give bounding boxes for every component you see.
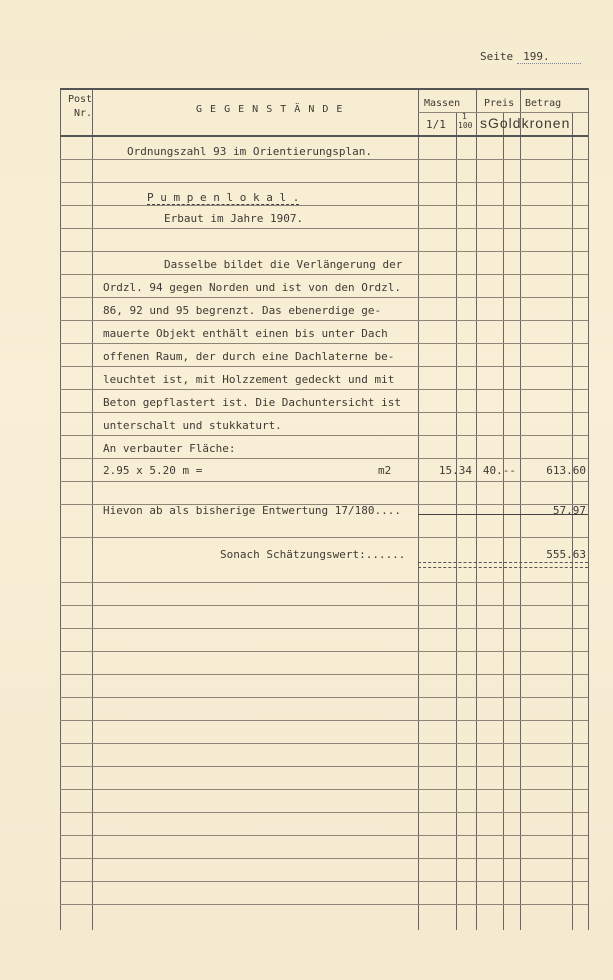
desc-line: leuchtet ist, mit Holzzement gedeckt und…: [103, 373, 394, 386]
desc-line: unterschalt und stukkaturt.: [103, 419, 282, 432]
deduction-label: Hievon ab als bisherige Entwertung 17/18…: [103, 504, 401, 517]
header-preis: Preis: [484, 98, 514, 109]
header-sub-line: [418, 112, 588, 113]
area-unit: m2: [378, 464, 391, 477]
header-massen-1-1: 1/1: [426, 118, 446, 131]
header-massen: Massen: [424, 98, 460, 109]
desc-line: Dasselbe bildet die Verlängerung der: [164, 258, 402, 271]
page-value: 199.: [517, 50, 581, 64]
header-bottom: [60, 135, 588, 137]
header-post: Post: [68, 94, 92, 105]
col-divider-post: [92, 88, 93, 930]
header-gegenstaende: G E G E N S T Ä N D E: [196, 104, 343, 115]
price-value: 40.--: [476, 464, 516, 477]
building-title: P u m p e n l o k a l .: [147, 191, 299, 205]
col-divider-massen-end: [476, 88, 477, 930]
desc-line: mauerte Objekt enthält einen bis unter D…: [103, 327, 388, 340]
col-divider-preis: [503, 112, 504, 930]
amount-value: 613.60: [520, 464, 586, 477]
table-top: [60, 88, 588, 90]
area-label: An verbauter Fläche:: [103, 442, 235, 455]
header-betrag: Betrag: [525, 98, 561, 109]
estimate-value: 555.63: [520, 548, 586, 561]
desc-line: Beton gepflastert ist. Die Dachuntersich…: [103, 396, 401, 409]
mass-value: 15.34: [418, 464, 472, 477]
desc-line: 86, 92 und 95 begrenzt. Das ebenerdige g…: [103, 304, 381, 317]
desc-line: offenen Raum, der durch eine Dachlaterne…: [103, 350, 394, 363]
built-year: Erbaut im Jahre 1907.: [164, 212, 303, 225]
estimate-label: Sonach Schätzungswert:......: [220, 548, 405, 561]
border-left: [60, 88, 61, 930]
page-number: Seite199.: [480, 50, 581, 64]
header-massen-1-100-den: 100: [458, 121, 472, 130]
desc-line: Ordzl. 94 gegen Norden und ist von den O…: [103, 281, 401, 294]
page-label: Seite: [480, 50, 513, 63]
ordnungszahl-line: Ordnungszahl 93 im Orientierungsplan.: [127, 145, 372, 158]
header-nr: Nr.: [74, 108, 92, 119]
col-divider-betrag: [572, 112, 573, 930]
deduction-value: 57.97: [520, 504, 586, 517]
header-currency-units: sGoldkronen: [480, 115, 570, 131]
area-calc: 2.95 x 5.20 m =: [103, 464, 202, 477]
col-divider-massen: [456, 112, 457, 930]
border-right: [588, 88, 589, 930]
col-divider-gegenstaende: [418, 88, 419, 930]
header-massen-1-100-num: 1: [462, 112, 467, 121]
total-double-rule: [418, 562, 588, 568]
